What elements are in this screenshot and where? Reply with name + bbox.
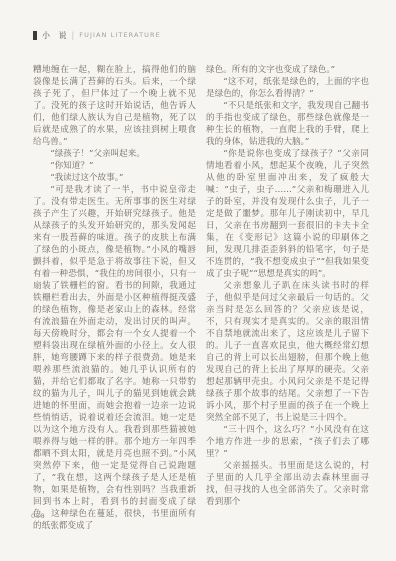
paragraph: 父亲想象儿子趴在床头读书时的样子，他似乎是问过父亲最后一句话的。父亲当时是怎么回… (206, 280, 369, 424)
paragraph: 绿色。所有的文字也变成了绿色。” (206, 64, 369, 76)
page-header: 小 说 | FUJIAN LITERATURE (33, 30, 161, 40)
article-body: 糟地缠在一起，糊在脸上，搞得他们的脑袋像是长满了苔藓的石头。后来，一个绿孩子死了… (33, 64, 369, 532)
paragraph: 糟地缠在一起，糊在脸上，搞得他们的脑袋像是长满了苔藓的石头。后来，一个绿孩子死了… (33, 64, 196, 148)
section-marker-icon (33, 31, 37, 40)
paragraph: “我读过这个故事。” (33, 172, 196, 184)
right-column: 绿色。所有的文字也变成了绿色。” “这不对，纸张是绿色的，上面的字也是绿色的，你… (206, 64, 369, 532)
magazine-page: 小 说 | FUJIAN LITERATURE 糟地缠在一起，糊在脸上，搞得他们… (0, 0, 396, 561)
paragraph: “你知道？” (33, 160, 196, 172)
header-divider: | (72, 31, 75, 40)
paragraph: 父亲摇摇头。书里面是这么说的，村子里面的人几乎全部出动去森林里面寻找，但寻找的人… (206, 460, 369, 508)
left-column: 糟地缠在一起，糊在脸上，搞得他们的脑袋像是长满了苔藓的石头。后来，一个绿孩子死了… (33, 64, 196, 532)
magazine-name: FUJIAN LITERATURE (79, 31, 161, 39)
paragraph: “可是我才读了一半，书中说皇帝走了。没有带走医生。无所事事的医生对绿孩子产生了兴… (33, 184, 196, 532)
section-label: 小 说 (42, 30, 70, 41)
page-number: 088 (31, 512, 45, 520)
paragraph: “你是说你也变成了绿孩子？”父亲同情地看着小风，想起某个夜晚，儿子突然从他的卧室… (206, 148, 369, 280)
paragraph: “绿孩子！”父亲叫起来。 (33, 148, 196, 160)
paragraph: “三十四个，这么巧？”小风没有在这个地方作进一步的思索，“孩子们去了哪里？” (206, 424, 369, 460)
paragraph: “这不对，纸张是绿色的，上面的字也是绿色的，你怎么看得清？” (206, 76, 369, 100)
paragraph: “不只是纸张和文字，我发现自己翻书的手指也变成了绿色，那些绿色就像是一种生长的植… (206, 100, 369, 148)
